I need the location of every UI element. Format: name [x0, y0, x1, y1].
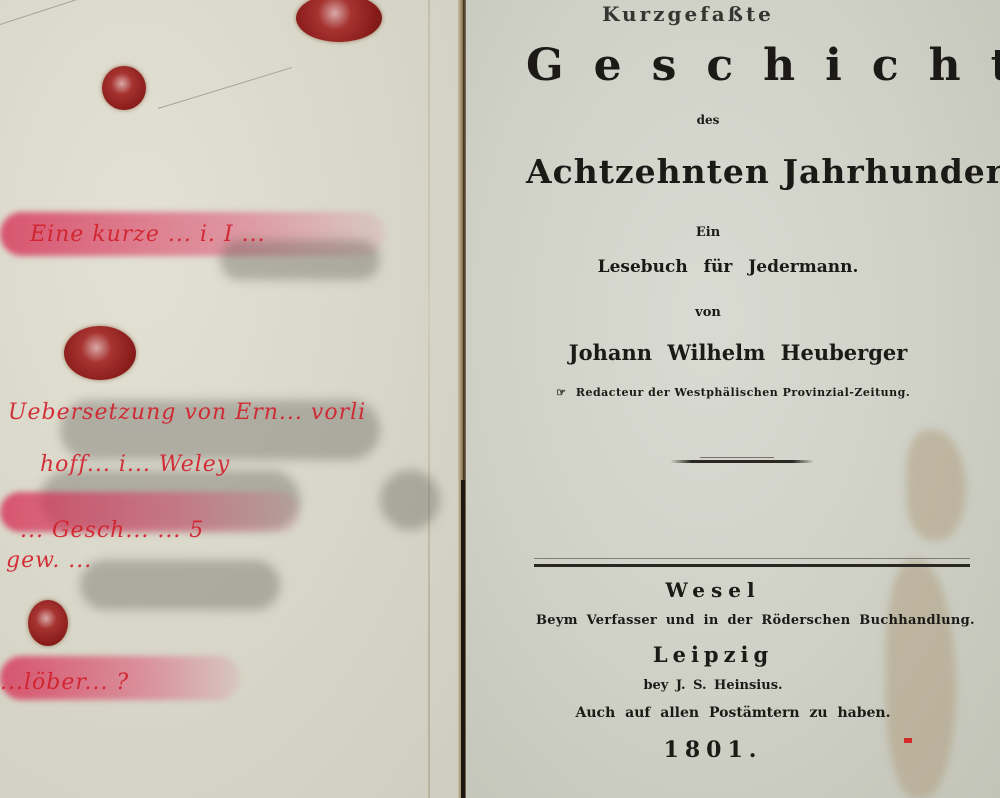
handwritten-annotation: Uebersetzung von Ern... vorli — [8, 400, 366, 425]
title-subject: Achtzehnten Jahrhunderts. — [526, 152, 950, 191]
left-endpaper: Eine kurze ... i. I ... Uebersetzung von… — [0, 0, 462, 798]
subtitle: Lesebuch für Jedermann. — [546, 257, 910, 277]
smudge — [80, 560, 280, 610]
publication-year: 1801. — [576, 737, 850, 763]
water-stain — [906, 430, 966, 540]
imprint-rule — [534, 564, 970, 567]
title-prefix: Kurzgefaßte — [566, 2, 810, 26]
imprint-publisher-2: bey J. S. Heinsius. — [566, 678, 860, 693]
handwritten-annotation: Eine kurze ... i. I ... — [30, 222, 266, 247]
handwritten-annotation: ...löber... ? — [0, 670, 129, 695]
handwritten-annotation: hoff... i... Weley — [40, 452, 230, 477]
subtitle-article: Ein — [536, 225, 880, 240]
title-page: Kurzgefaßte Geschichte des Achtzehnten J… — [466, 0, 1000, 798]
ornamental-rule — [670, 460, 814, 463]
imprint-availability: Auch auf allen Postämtern zu haben. — [556, 705, 910, 721]
water-stain — [886, 560, 956, 798]
pencil-stroke — [0, 0, 86, 25]
handwritten-annotation: gew. ... — [6, 548, 92, 573]
pencil-stroke — [158, 67, 292, 109]
by-line: von — [536, 305, 880, 320]
wax-seal-remnant — [64, 326, 136, 380]
author-role: Redacteur der Westphälischen Provinzial-… — [546, 386, 940, 399]
wax-seal-remnant — [296, 0, 382, 42]
main-title: Geschichte — [526, 40, 970, 91]
binding-crack — [461, 480, 465, 798]
imprint-city-1: Wesel — [566, 578, 860, 602]
imprint-publisher-1: Beym Verfasser und in der Röderschen Buc… — [536, 613, 960, 628]
page-crease — [428, 0, 430, 798]
author-name: Johann Wilhelm Heuberger — [546, 340, 930, 365]
imprint-city-2: Leipzig — [566, 642, 860, 667]
wax-seal-remnant — [102, 66, 146, 110]
book-spread: Eine kurze ... i. I ... Uebersetzung von… — [0, 0, 1000, 798]
smudge — [380, 470, 440, 530]
wax-seal-remnant — [28, 600, 68, 646]
handwritten-annotation: ... Gesch... ... 5 — [20, 518, 204, 543]
red-ink-fleck — [904, 738, 912, 743]
title-article: des — [536, 113, 880, 127]
